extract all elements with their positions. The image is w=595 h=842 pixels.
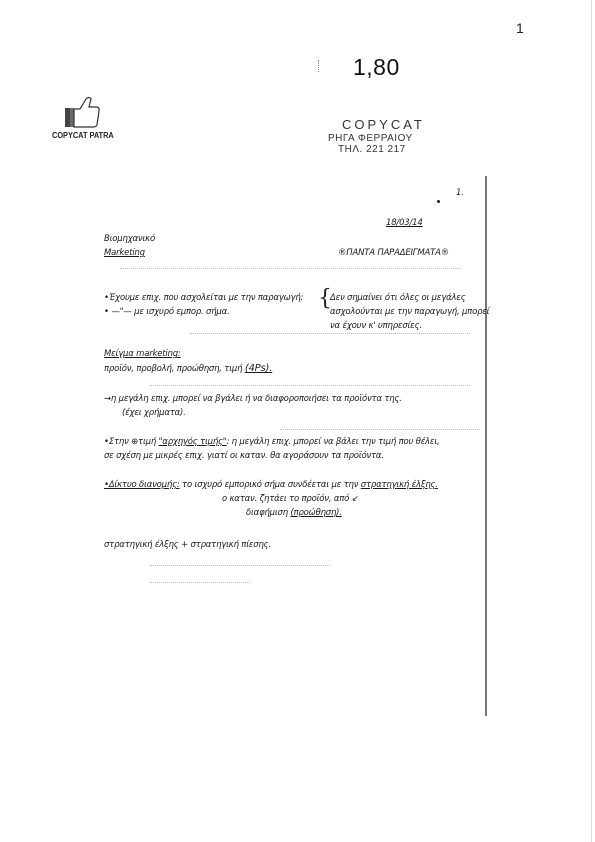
scan-edge: [591, 0, 592, 842]
para4-term: "αρχηγός τιμής": [159, 437, 227, 447]
para1-right-line2: ασχολούνται με την παραγωγή, μπορεί: [330, 307, 489, 317]
para4-line1: •Στην ⊕τιμή "αρχηγός τιμής": η μεγάλη επ…: [104, 437, 440, 447]
ink-dot: [437, 200, 440, 203]
logo-label: COPYCAT PATRA: [52, 131, 114, 140]
faint-rule: [280, 429, 480, 430]
para5-line3: διαφήμιση (προώθηση).: [246, 508, 342, 518]
para2-heading: Μείγμα marketing:: [104, 349, 181, 359]
scan-artifact: [318, 60, 321, 72]
para5-term2: στρατηγική έλξης.: [361, 480, 438, 490]
faint-rule: [150, 565, 330, 566]
faint-rule: [120, 268, 460, 269]
para1-left-line1: •Έχουμε επιχ. που ασχολείται με την παρα…: [104, 293, 303, 303]
para4-prefix: •Στην ⊕τιμή: [104, 437, 156, 447]
para3-line2: (έχει χρήματα).: [122, 408, 186, 418]
para5-line2: ο καταν. ζητάει το προϊόν, από ↙: [222, 494, 359, 504]
para5-line3-b: (προώθηση).: [290, 508, 341, 518]
para1-left-line2: • —"— με ισχυρό εμπορ. σήμα.: [104, 307, 230, 317]
para5-term: •Δίκτυο διανομής:: [104, 480, 180, 490]
para5-line1: •Δίκτυο διανομής: το ισχυρό εμπορικό σήμ…: [104, 480, 438, 490]
faint-rule: [150, 385, 470, 386]
para6-line: στρατηγική έλξης + στρατηγική πίεσης.: [104, 540, 271, 550]
thumbs-up-icon: [64, 95, 104, 131]
para5-line3-a: διαφήμιση: [246, 508, 288, 518]
para2-text: προϊόν, προβολή, προώθηση, τιμή: [104, 364, 242, 374]
para1-right-line3: να έχουν κ' υπηρεσίες.: [330, 321, 422, 331]
note-date: 18/03/14: [386, 218, 423, 228]
subject-line-1: Βιομηχανικό: [104, 234, 155, 244]
faint-rule: [190, 333, 470, 334]
stamp-title: COPYCAT: [342, 117, 425, 132]
page-marker: 1.: [456, 188, 464, 198]
examples-heading: ®ΠΑΝΤΑ ΠΑΡΑΔΕΙΓΜΑΤΑ®: [338, 248, 449, 258]
price-label: 1,80: [353, 54, 400, 81]
para4-rest: : η μεγάλη επιχ. μπορεί να βάλει την τιμ…: [227, 437, 440, 447]
page-number: 1: [516, 20, 524, 36]
para1-right-line1: Δεν σημαίνει ότι όλες οι μεγάλες: [330, 293, 465, 303]
stamp-phone: ΤΗΛ. 221 217: [338, 144, 406, 155]
subject-line-2: Marketing: [104, 248, 145, 258]
para3-line1: →η μεγάλη επιχ. μπορεί να βγάλει ή να δι…: [104, 394, 402, 404]
para4-line2: σε σχέση με μικρές επιχ. γιατί οι καταν.…: [104, 451, 384, 461]
stamp-address: ΡΗΓΑ ΦΕΡΡΑΙΟΥ: [328, 133, 413, 144]
margin-line: [485, 176, 487, 716]
para2-tag: (4Ps).: [245, 363, 272, 374]
faint-rule: [150, 582, 250, 583]
para5-rest: το ισχυρό εμπορικό σήμα συνδέεται με την: [180, 480, 359, 490]
para2-line: προϊόν, προβολή, προώθηση, τιμή (4Ps).: [104, 363, 272, 374]
